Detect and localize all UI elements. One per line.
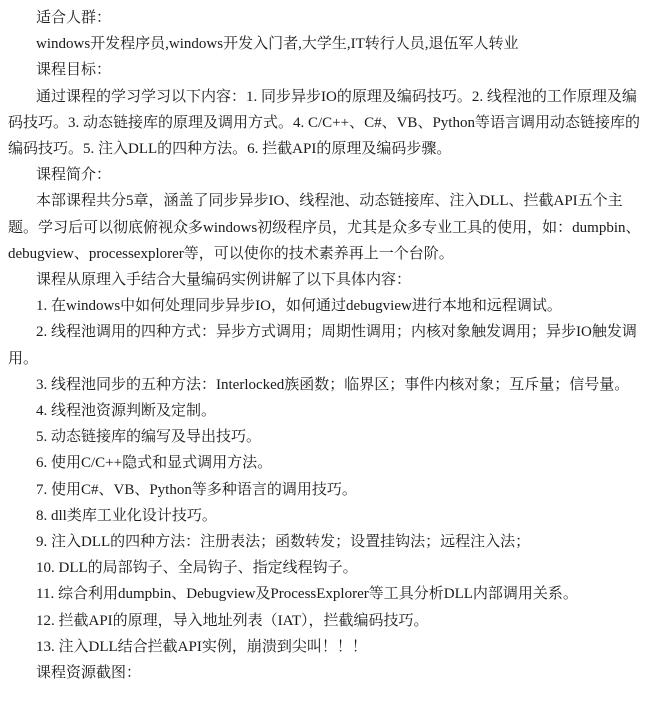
content-item: 1. 在windows中如何处理同步异步IO，如何通过debugview进行本地… — [8, 293, 642, 319]
content-item: 12. 拦截API的原理，导入地址列表（IAT），拦截编码技巧。 — [8, 608, 642, 634]
intro-text: 本部课程共分5章，涵盖了同步异步IO、线程池、动态链接库、注入DLL、拦截API… — [8, 188, 642, 267]
audience-heading: 适合人群： — [8, 5, 642, 31]
goal-text: 通过课程的学习学习以下内容：1. 同步异步IO的原理及编码技巧。2. 线程池的工… — [8, 84, 642, 163]
content-item: 7. 使用C#、VB、Python等多种语言的调用技巧。 — [8, 477, 642, 503]
content-heading: 课程从原理入手结合大量编码实例讲解了以下具体内容： — [8, 267, 642, 293]
content-item: 11. 综合利用dumpbin、Debugview及ProcessExplore… — [8, 581, 642, 607]
intro-heading: 课程简介： — [8, 162, 642, 188]
content-item: 10. DLL的局部钩子、全局钩子、指定线程钩子。 — [8, 555, 642, 581]
content-item: 8. dll类库工业化设计技巧。 — [8, 503, 642, 529]
audience-text: windows开发程序员,windows开发入门者,大学生,IT转行人员,退伍军… — [8, 31, 642, 57]
content-item: 13. 注入DLL结合拦截API实例，崩溃到尖叫！！！ — [8, 634, 642, 660]
content-item: 3. 线程池同步的五种方法：Interlocked族函数；临界区；事件内核对象；… — [8, 372, 642, 398]
content-item: 4. 线程池资源判断及定制。 — [8, 398, 642, 424]
content-item: 5. 动态链接库的编写及导出技巧。 — [8, 424, 642, 450]
goal-heading: 课程目标： — [8, 57, 642, 83]
content-item: 9. 注入DLL的四种方法：注册表法；函数转发；设置挂钩法；远程注入法； — [8, 529, 642, 555]
resources-heading: 课程资源截图： — [8, 660, 642, 686]
course-description-document: 适合人群： windows开发程序员,windows开发入门者,大学生,IT转行… — [0, 0, 650, 686]
content-item: 6. 使用C/C++隐式和显式调用方法。 — [8, 450, 642, 476]
content-item: 2. 线程池调用的四种方式：异步方式调用；周期性调用；内核对象触发调用；异步IO… — [8, 319, 642, 371]
